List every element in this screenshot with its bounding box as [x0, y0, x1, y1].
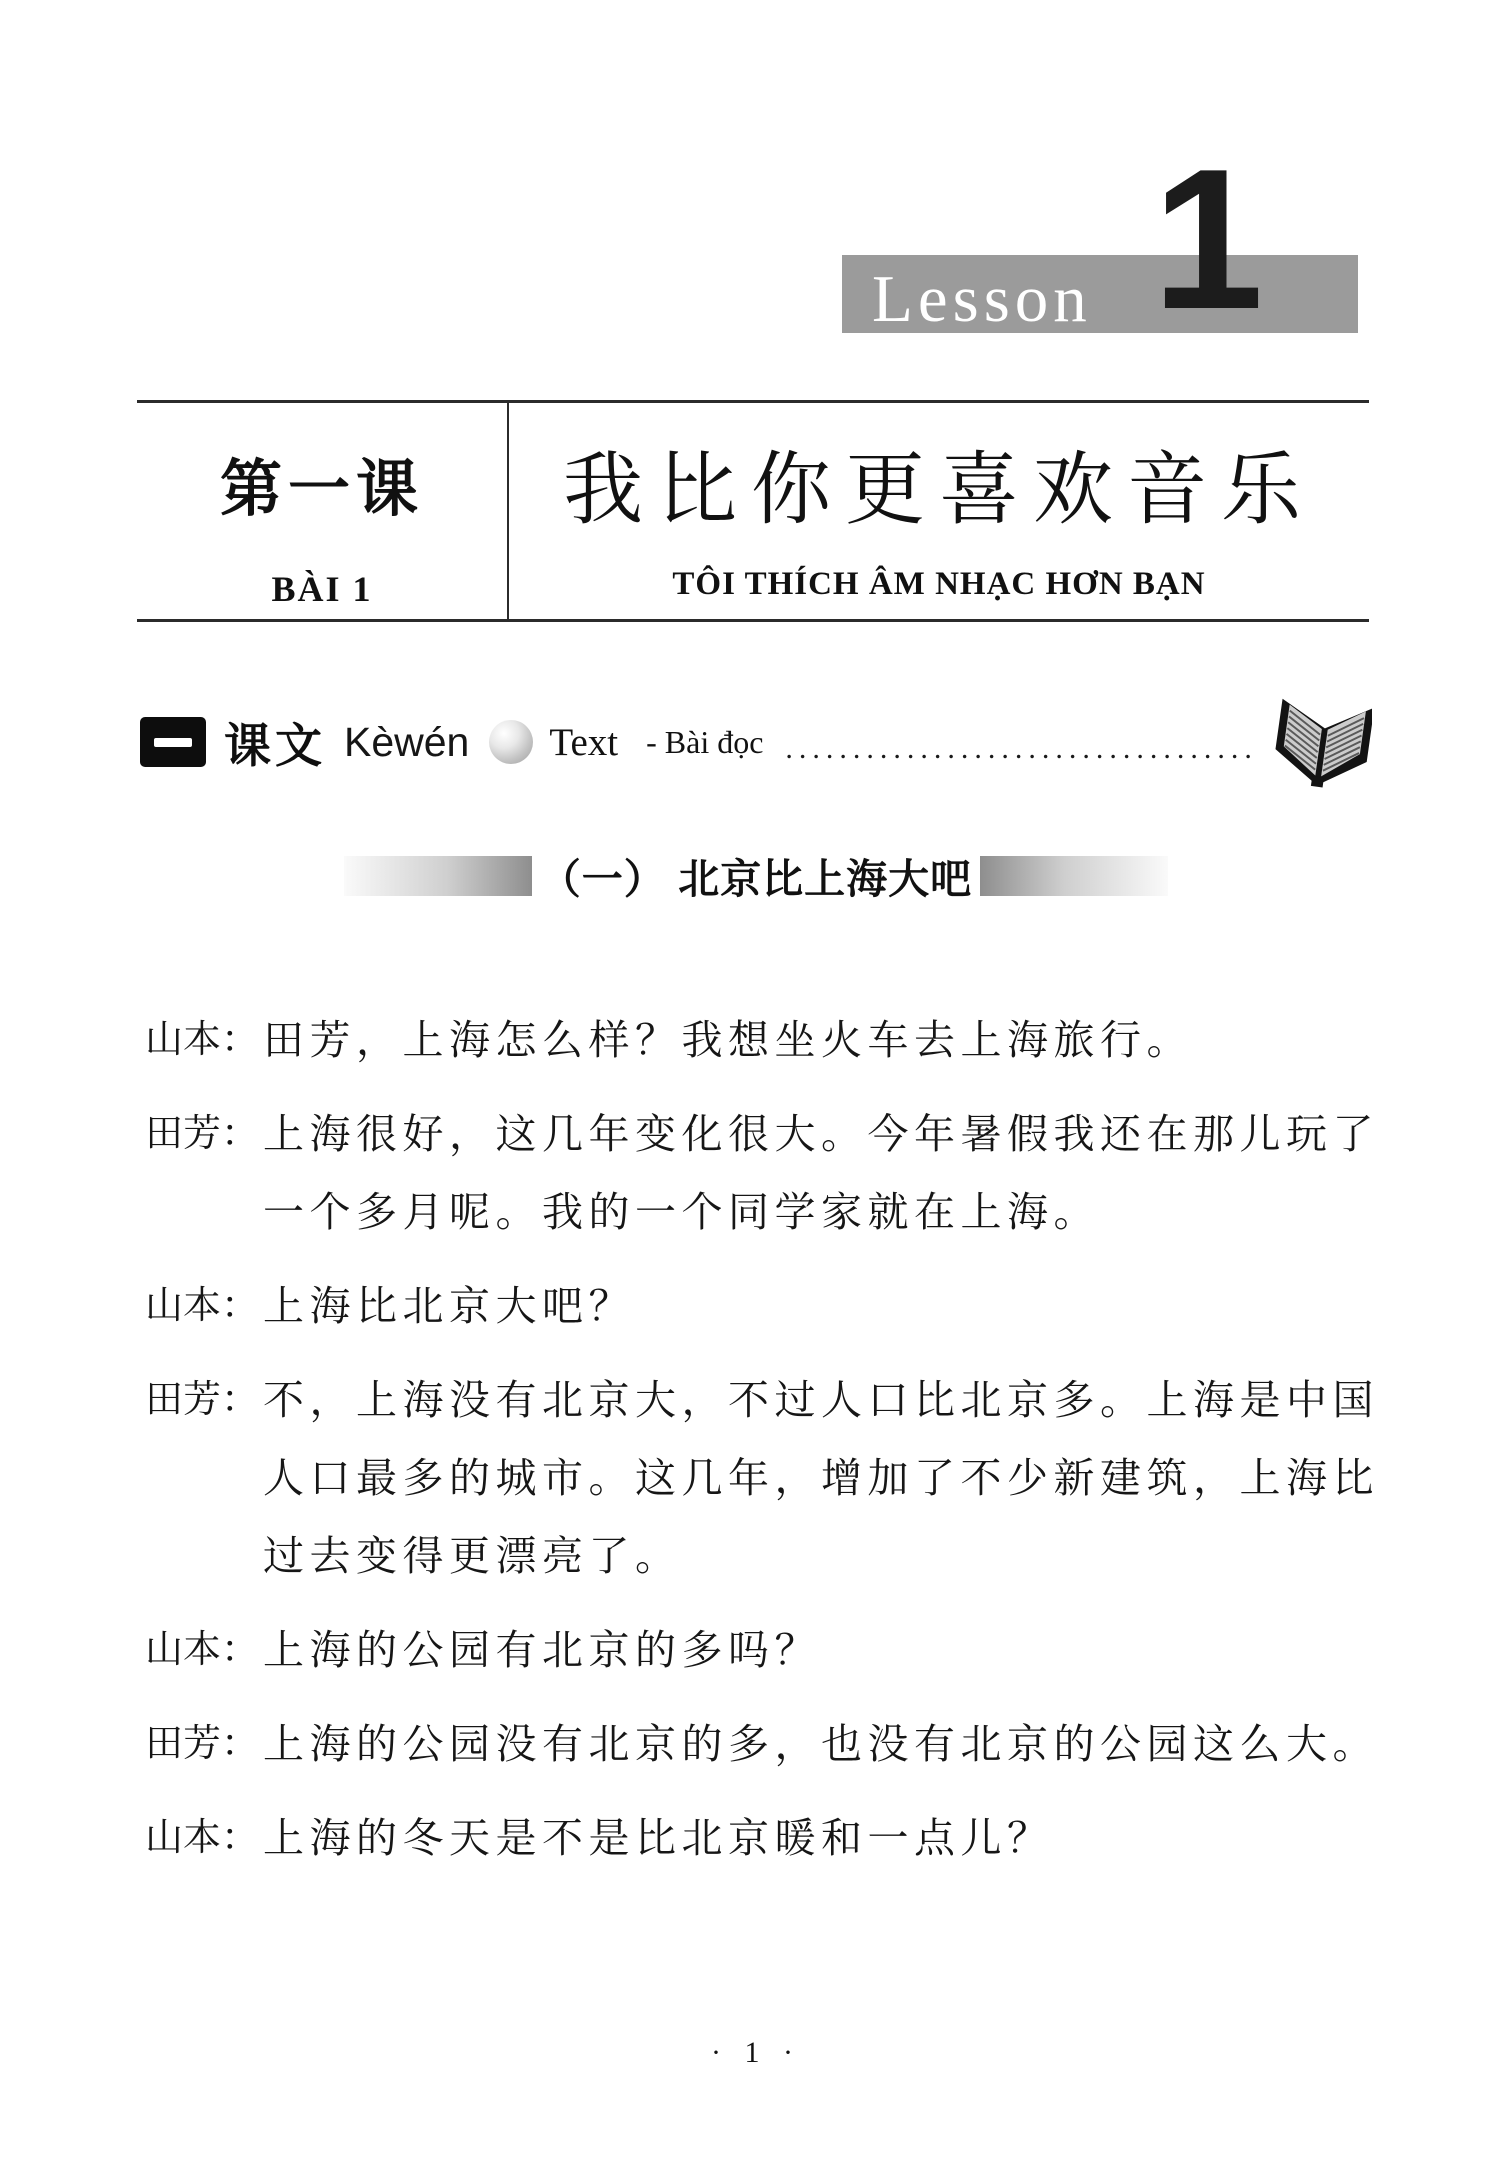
dialogue-line: 一个多月呢。我的一个同学家就在上海。: [263, 1173, 1385, 1251]
speaker-colon: ：: [221, 1379, 259, 1421]
speaker-label: 山本：: [145, 1267, 263, 1345]
gradient-bar-left: [344, 856, 532, 896]
dialogue-subtitle-row: （一） 北京比上海大吧: [0, 846, 1512, 905]
speaker-label: 田芳：: [145, 1705, 263, 1783]
lesson-title-vi: TÔI THÍCH ÂM NHẠC HƠN BẠN: [672, 566, 1205, 603]
speaker-label: 山本：: [145, 1799, 263, 1877]
turn-lines: 上海很好，这几年变化很大。今年暑假我还在那儿玩了 一个多月呢。我的一个同学家就在…: [263, 1095, 1385, 1251]
dialogue-turn: 山本： 田芳，上海怎么样？我想坐火车去上海旅行。: [145, 1001, 1385, 1079]
section-number-badge: 一: [140, 717, 206, 767]
section-number-bar-icon: [154, 738, 192, 747]
section-title-pinyin: Kèwén: [344, 719, 469, 766]
dialogue-line: 田芳，上海怎么样？我想坐火车去上海旅行。: [263, 1001, 1385, 1079]
turn-lines: 不，上海没有北京大，不过人口比北京多。上海是中国 人口最多的城市。这几年，增加了…: [263, 1361, 1385, 1595]
speaker-colon: ：: [221, 1113, 259, 1155]
dialogue-turn: 山本： 上海比北京大吧？: [145, 1267, 1385, 1345]
dialogue-turn: 田芳： 上海很好，这几年变化很大。今年暑假我还在那儿玩了 一个多月呢。我的一个同…: [145, 1095, 1385, 1251]
lesson-title-left-cell: 第一课 BÀI 1: [137, 403, 509, 619]
speaker-label: 田芳：: [145, 1095, 263, 1251]
lesson-number: 1: [1148, 140, 1268, 340]
dialogue-text: 山本： 田芳，上海怎么样？我想坐火车去上海旅行。 田芳： 上海很好，这几年变化很…: [145, 1001, 1385, 1893]
section-header-kewen: 一 课文 Kèwén Text - Bài đọc ..............…: [140, 690, 1372, 794]
dialogue-line: 上海的公园有北京的多吗？: [263, 1611, 1385, 1689]
dialogue-turn: 山本： 上海的公园有北京的多吗？: [145, 1611, 1385, 1689]
textbook-page: Lesson 1 第一课 BÀI 1 我比你更喜欢音乐 TÔI THÍCH ÂM…: [0, 0, 1512, 2158]
speaker-label: 山本：: [145, 1001, 263, 1079]
speaker-colon: ：: [221, 1019, 259, 1061]
gradient-bar-right: [980, 856, 1168, 896]
speaker-label: 田芳：: [145, 1361, 263, 1595]
page-number: · 1 ·: [0, 2036, 1512, 2070]
lesson-title-table: 第一课 BÀI 1 我比你更喜欢音乐 TÔI THÍCH ÂM NHẠC HƠN…: [137, 400, 1369, 622]
dialogue-line: 上海的冬天是不是比北京暖和一点儿？: [263, 1799, 1385, 1877]
speaker-name: 田芳: [145, 1379, 221, 1421]
turn-lines: 田芳，上海怎么样？我想坐火车去上海旅行。: [263, 1001, 1385, 1079]
speaker-name: 山本: [145, 1019, 221, 1061]
section-title-en: Text: [549, 720, 618, 765]
lesson-title-right-cell: 我比你更喜欢音乐 TÔI THÍCH ÂM NHẠC HƠN BẠN: [509, 403, 1369, 619]
dialogue-line: 过去变得更漂亮了。: [263, 1517, 1385, 1595]
speaker-colon: ：: [221, 1723, 259, 1765]
speaker-name: 山本: [145, 1629, 221, 1671]
section-title-zh: 课文: [224, 709, 326, 776]
section-title-vi: - Bài đọc: [646, 724, 763, 761]
dialogue-line: 人口最多的城市。这几年，增加了不少新建筑，上海比: [263, 1439, 1385, 1517]
sphere-bullet-icon: [489, 720, 533, 764]
turn-lines: 上海比北京大吧？: [263, 1267, 1385, 1345]
dialogue-line: 不，上海没有北京大，不过人口比北京多。上海是中国: [263, 1361, 1385, 1439]
dialogue-turn: 田芳： 上海的公园没有北京的多，也没有北京的公园这么大。: [145, 1705, 1385, 1783]
open-book-icon: [1274, 693, 1372, 791]
lesson-title-vi-short: BÀI 1: [271, 568, 372, 610]
speaker-name: 田芳: [145, 1723, 221, 1765]
speaker-label: 山本：: [145, 1611, 263, 1689]
speaker-colon: ：: [221, 1629, 259, 1671]
turn-lines: 上海的公园没有北京的多，也没有北京的公园这么大。: [263, 1705, 1385, 1783]
speaker-name: 山本: [145, 1817, 221, 1859]
dotted-leader: ........................................…: [785, 732, 1258, 766]
turn-lines: 上海的冬天是不是比北京暖和一点儿？: [263, 1799, 1385, 1877]
speaker-colon: ：: [221, 1817, 259, 1859]
dialogue-line: 上海比北京大吧？: [263, 1267, 1385, 1345]
lesson-banner: Lesson: [842, 255, 1358, 333]
speaker-colon: ：: [221, 1285, 259, 1327]
speaker-name: 山本: [145, 1285, 221, 1327]
dialogue-subtitle: （一） 北京比上海大吧: [540, 846, 972, 905]
dialogue-line: 上海的公园没有北京的多，也没有北京的公园这么大。: [263, 1705, 1385, 1783]
speaker-name: 田芳: [145, 1113, 221, 1155]
dialogue-turn: 山本： 上海的冬天是不是比北京暖和一点儿？: [145, 1799, 1385, 1877]
dialogue-line: 上海很好，这几年变化很大。今年暑假我还在那儿玩了: [263, 1095, 1385, 1173]
dialogue-turn: 田芳： 不，上海没有北京大，不过人口比北京多。上海是中国 人口最多的城市。这几年…: [145, 1361, 1385, 1595]
lesson-title-zh: 我比你更喜欢音乐: [563, 425, 1315, 540]
lesson-title-zh-short: 第一课: [220, 439, 424, 528]
lesson-banner-word: Lesson: [842, 267, 1092, 333]
turn-lines: 上海的公园有北京的多吗？: [263, 1611, 1385, 1689]
